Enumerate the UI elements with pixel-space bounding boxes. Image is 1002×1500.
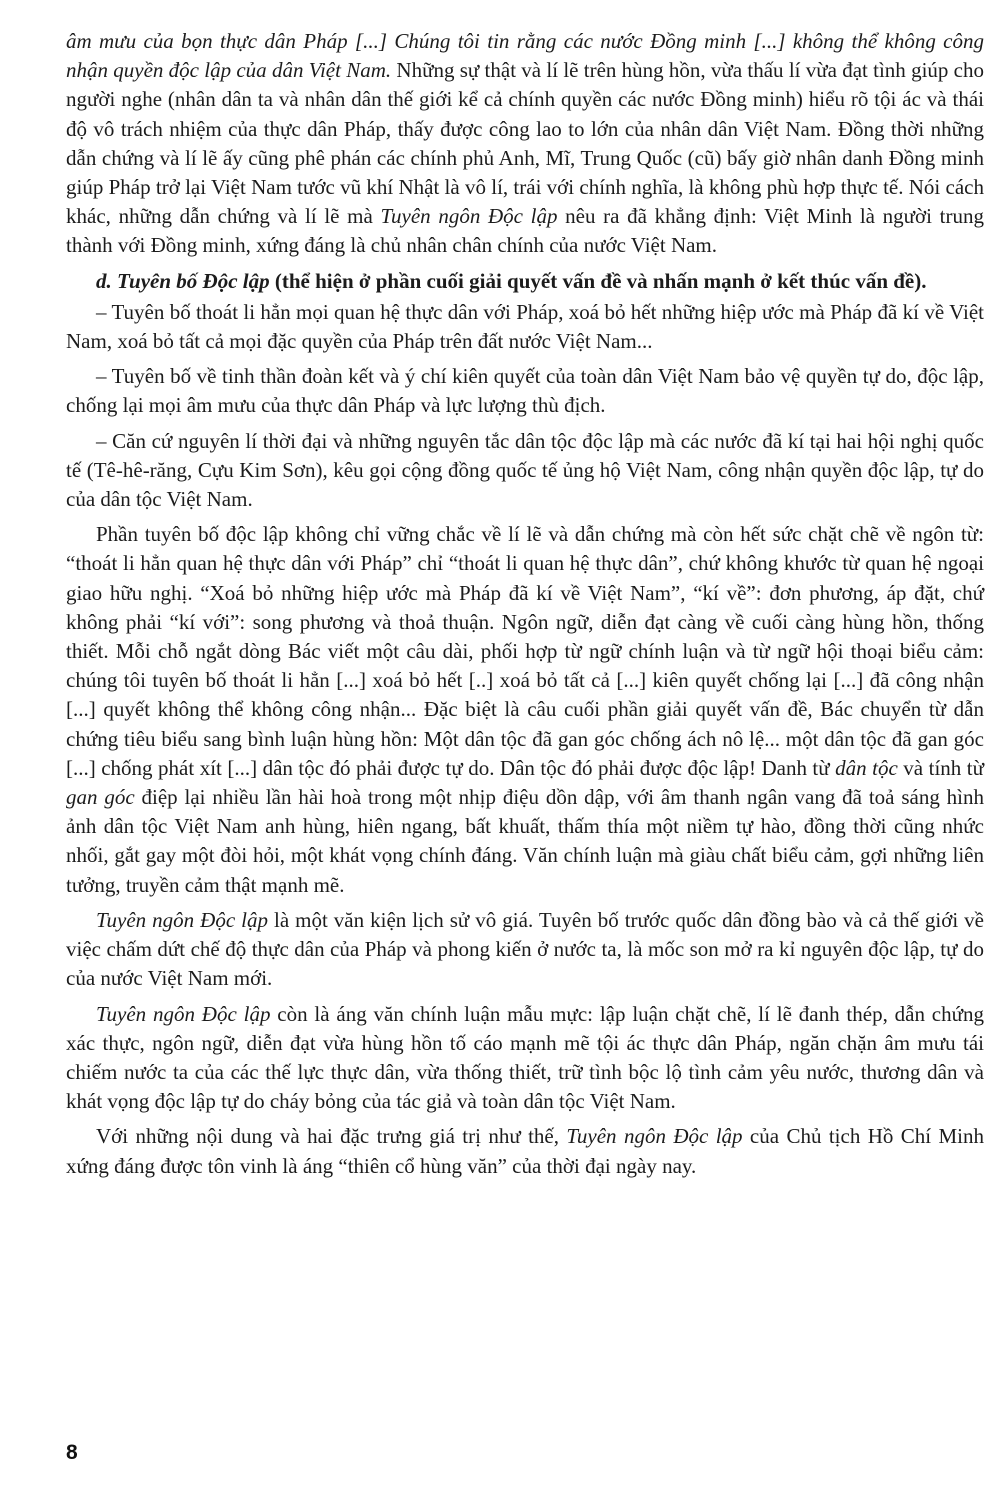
page-number: 8: [66, 1441, 78, 1465]
text-run: – Căn cứ nguyên lí thời đại và những ngu…: [66, 429, 984, 511]
text-run: dân tộc: [835, 756, 898, 780]
text-run: điệp lại nhiều lần hài hoà trong một nhị…: [66, 785, 984, 897]
bullet-paragraph: – Tuyên bố về tinh thần đoàn kết và ý ch…: [66, 362, 984, 420]
text-run: Những sự thật và lí lẽ trên hùng hồn, vừ…: [66, 58, 984, 228]
text-run: Tuyên ngôn Độc lập: [380, 204, 557, 228]
bullet-paragraph: – Căn cứ nguyên lí thời đại và những ngu…: [66, 427, 984, 515]
text-run: – Tuyên bố về tinh thần đoàn kết và ý ch…: [66, 364, 984, 417]
text-run: Với những nội dung và hai đặc trưng giá …: [96, 1124, 566, 1148]
text-run: gan góc: [66, 785, 135, 809]
text-run: Phần tuyên bố độc lập không chỉ vững chắ…: [66, 522, 984, 780]
text-run: Tuyên ngôn Độc lập: [96, 908, 268, 932]
body-paragraph: Tuyên ngôn Độc lập còn là áng văn chính …: [66, 1000, 984, 1117]
text-run: – Tuyên bố thoát li hẳn mọi quan hệ thực…: [66, 300, 984, 353]
document-page: âm mưu của bọn thực dân Pháp [...] Chúng…: [66, 27, 984, 1187]
heading-title: d. Tuyên bố Độc lập: [96, 269, 270, 293]
body-paragraph: Với những nội dung và hai đặc trưng giá …: [66, 1122, 984, 1180]
section-heading-d: d. Tuyên bố Độc lập (thể hiện ở phần cuố…: [66, 267, 984, 296]
heading-subtitle: (thể hiện ở phần cuối giải quyết vấn đề …: [270, 269, 927, 293]
bullet-paragraph: – Tuyên bố thoát li hẳn mọi quan hệ thực…: [66, 298, 984, 356]
text-run: Tuyên ngôn Độc lập: [566, 1124, 742, 1148]
text-run: Tuyên ngôn Độc lập: [96, 1002, 270, 1026]
text-run: và tính từ: [898, 756, 984, 780]
paragraph-continuation: âm mưu của bọn thực dân Pháp [...] Chúng…: [66, 27, 984, 261]
body-paragraph: Tuyên ngôn Độc lập là một văn kiện lịch …: [66, 906, 984, 994]
body-paragraph: Phần tuyên bố độc lập không chỉ vững chắ…: [66, 520, 984, 900]
